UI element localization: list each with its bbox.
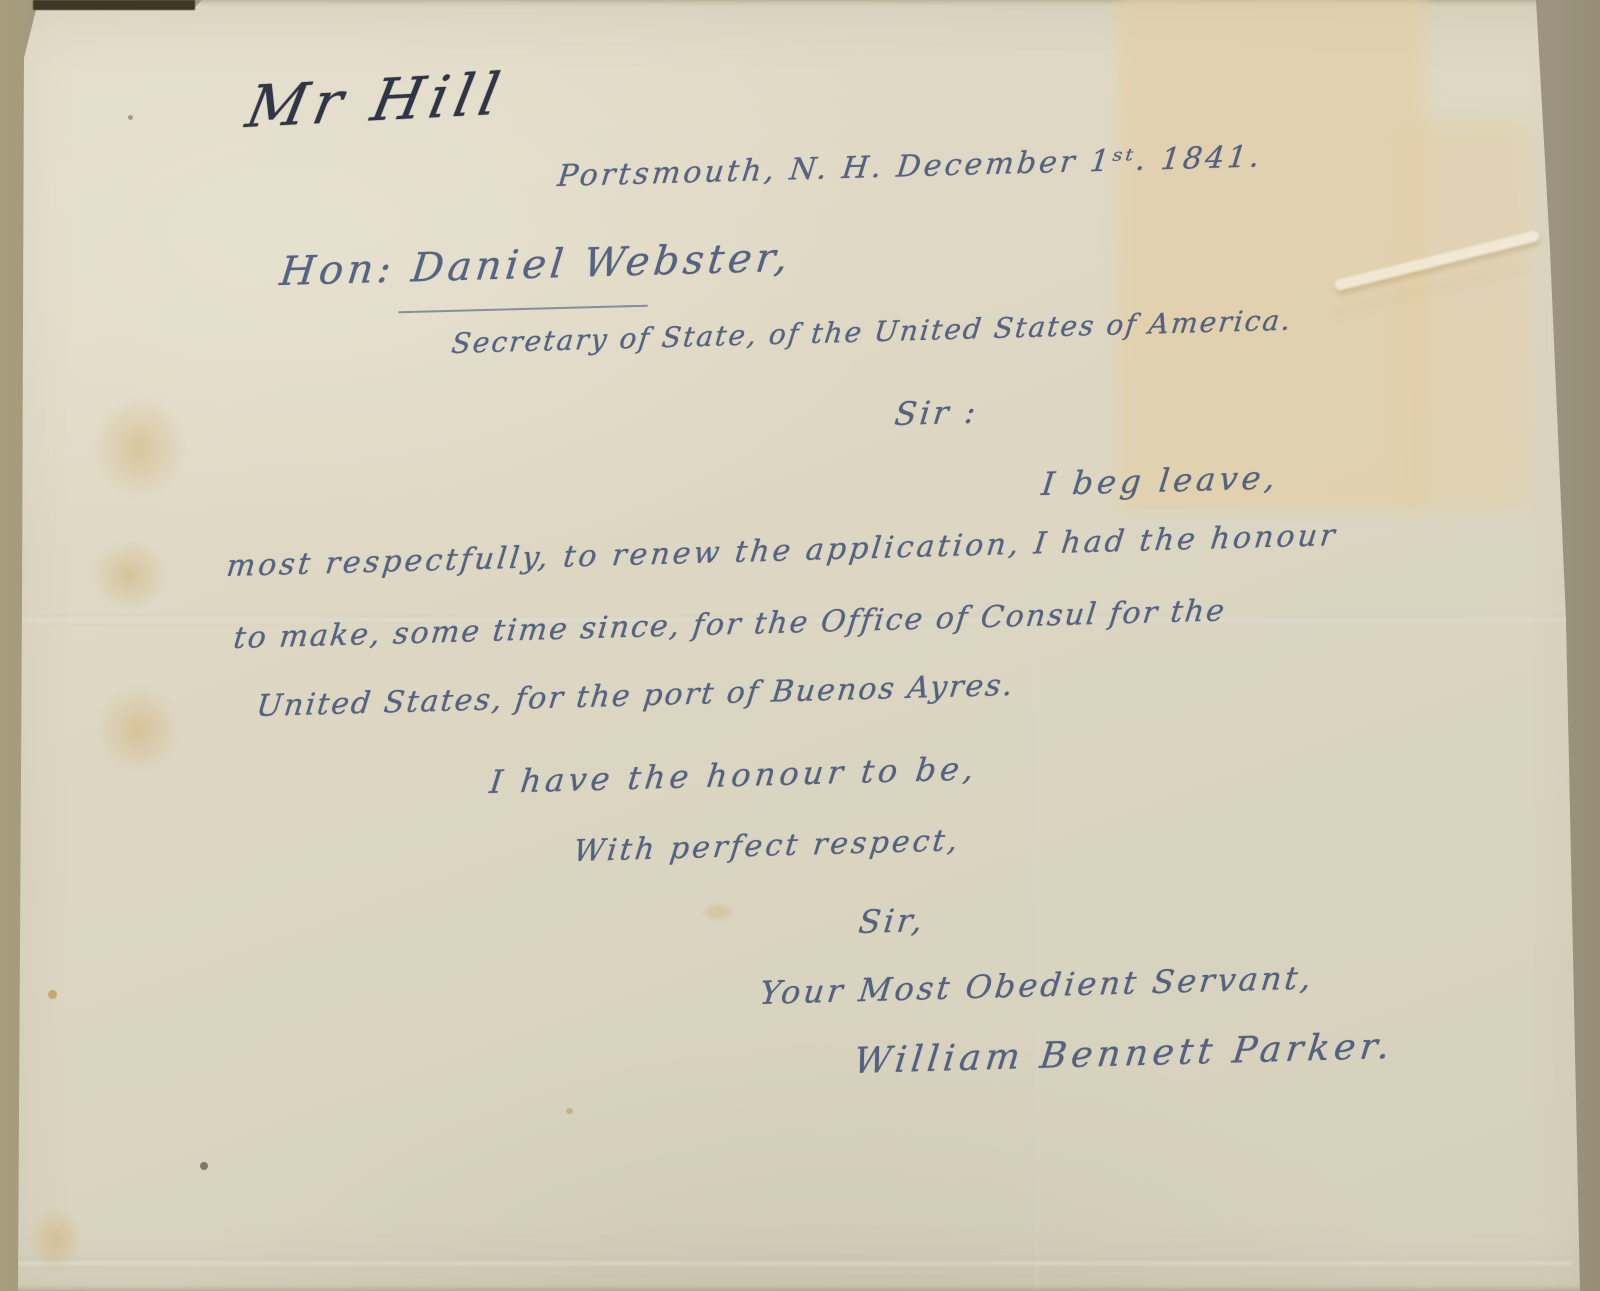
- paper-speck: [48, 990, 57, 999]
- edge-water-stain: [92, 540, 167, 610]
- body-line-1: I beg leave,: [1040, 461, 1281, 500]
- edge-water-stain: [96, 685, 181, 775]
- paper-speck: [566, 1108, 573, 1114]
- paper-speck: [128, 115, 133, 120]
- letter-photograph: Mr Hill Portsmouth, N. H. December 1ˢᵗ. …: [0, 0, 1600, 1291]
- closing-line-3: Sir,: [857, 904, 927, 938]
- tan-stain-patch-right: [1400, 120, 1530, 510]
- tan-stain-patch: [1118, 0, 1426, 510]
- annotation-mr-hill: Mr Hill: [242, 65, 510, 136]
- background-notch: [33, 0, 195, 10]
- paper-speck: [200, 1162, 208, 1170]
- salutation-line: Sir :: [893, 396, 980, 430]
- edge-water-stain: [92, 395, 187, 500]
- fold-line-vertical: [1034, 600, 1040, 1291]
- edge-water-stain: [28, 1205, 83, 1275]
- fold-line-lower: [18, 1258, 1572, 1268]
- paper-speck: [705, 905, 731, 919]
